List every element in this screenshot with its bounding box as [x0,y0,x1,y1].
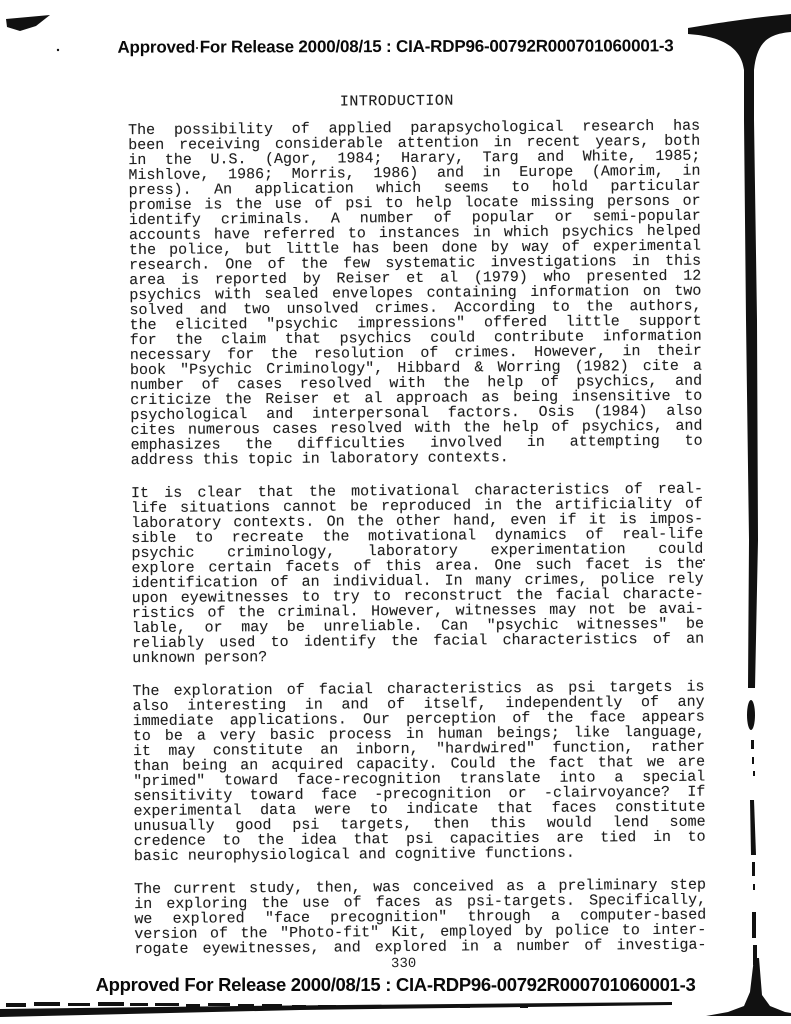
text-line: address this topic in laboratory context… [131,449,703,468]
classification-footer: Approved For Release 2000/08/15 : CIA-RD… [0,974,791,996]
paragraph: The current study, then, was conceived a… [134,878,707,957]
text-line: reliably used to identify the facial cha… [132,632,704,651]
text-line: basic neurophysiological and cognitive f… [134,845,706,864]
document-body: The possibility of applied parapsycholog… [128,119,707,975]
paragraph: The possibility of applied parapsycholog… [128,119,703,468]
scanned-page: Approved For Release 2000/08/15 : CIA-RD… [0,0,791,1024]
paragraph: It is clear that the motivational charac… [131,482,704,666]
typewritten-content: INTRODUCTION The possibility of applied … [0,0,791,1024]
paragraph: The exploration of facial characteristic… [132,680,705,864]
section-title: INTRODUCTION [117,91,677,112]
